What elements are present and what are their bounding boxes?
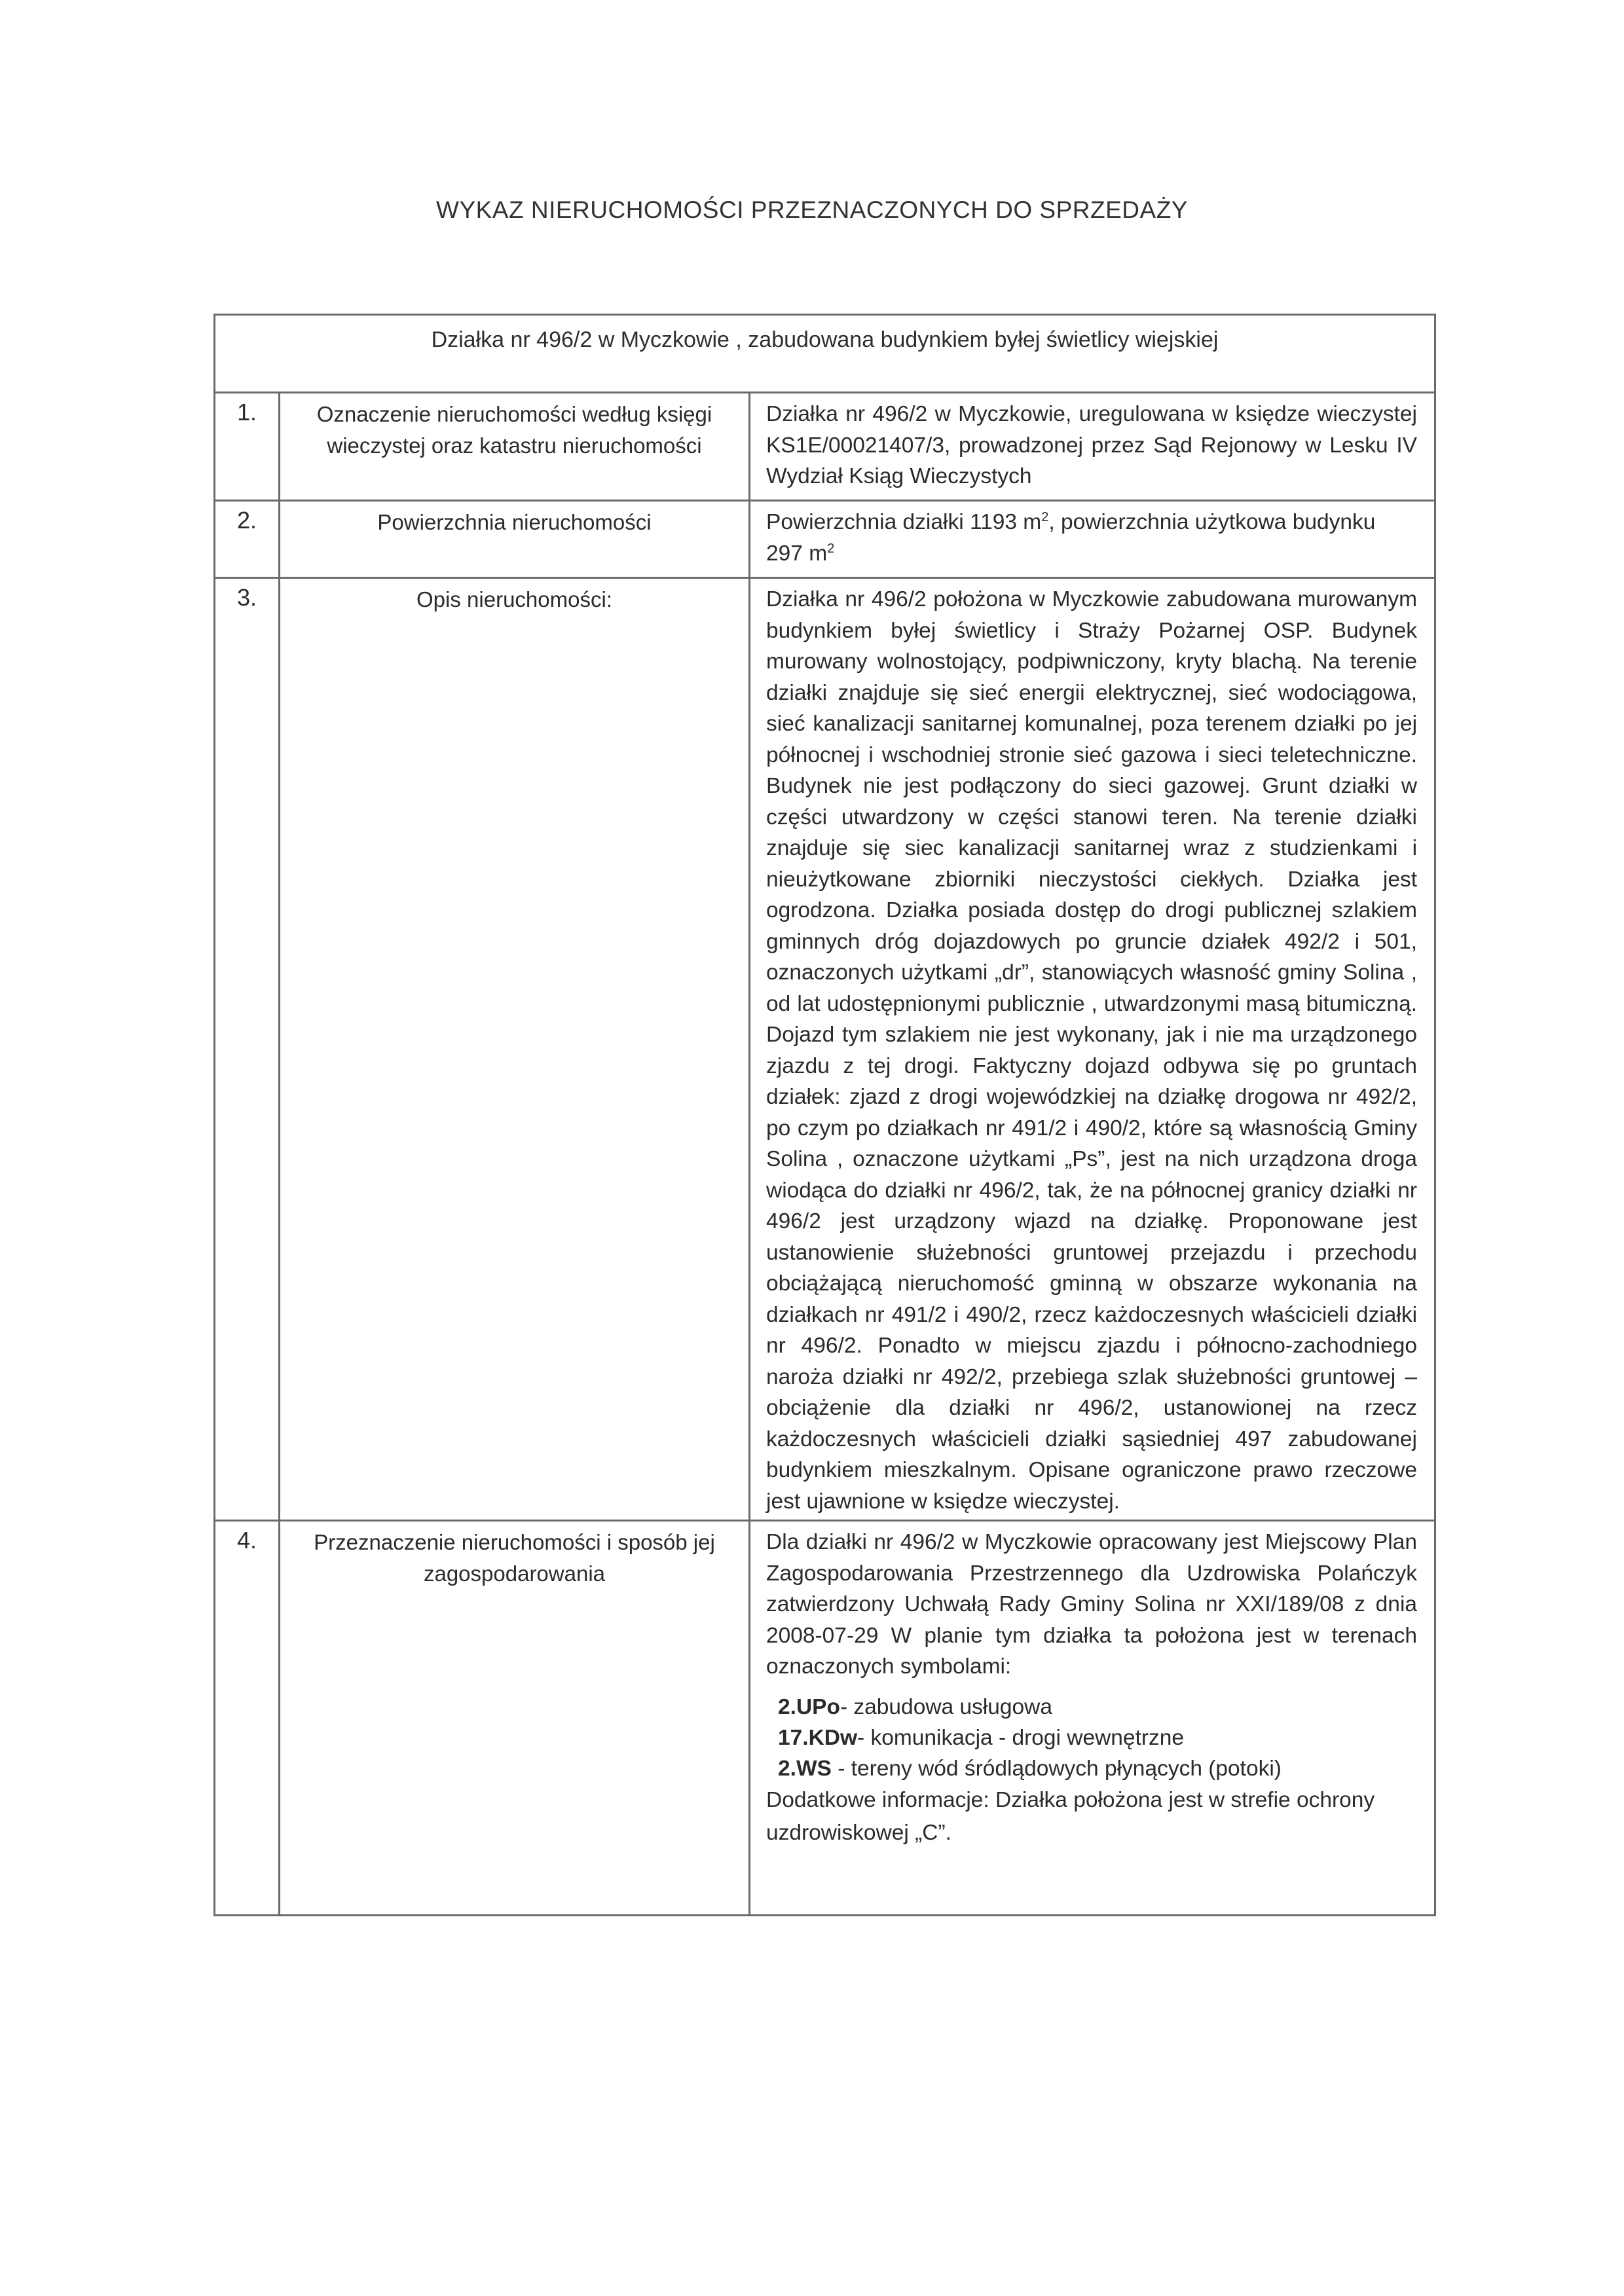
table-row: 3. Opis nieruchomości: Działka nr 496/2 …	[215, 578, 1435, 1521]
row-number: 1.	[215, 393, 280, 501]
row-number: 3.	[215, 578, 280, 1521]
zoning-symbol-item: 2.UPo- zabudowa usługowa	[778, 1692, 1417, 1722]
row-label: Oznaczenie nieruchomości według księgi w…	[280, 393, 750, 501]
plot-area-text: Powierzchnia działki 1193 m	[766, 510, 1041, 534]
row-label: Powierzchnia nieruchomości	[280, 501, 750, 578]
table-row: 4. Przeznaczenie nieruchomości i sposób …	[215, 1521, 1435, 1916]
zoning-plan-text: Dla działki nr 496/2 w Myczkowie opracow…	[766, 1527, 1417, 1683]
row-number: 2.	[215, 501, 280, 578]
row-value: Działka nr 496/2 położona w Myczkowie za…	[750, 578, 1435, 1521]
additional-info: Dodatkowe informacje: Działka położona j…	[766, 1784, 1417, 1850]
zoning-symbol-desc: - tereny wód śródlądowych płynących (pot…	[832, 1757, 1282, 1781]
row-label: Przeznaczenie nieruchomości i sposób jej…	[280, 1521, 750, 1916]
plot-area-unit-exponent: 2	[1041, 510, 1048, 524]
zoning-symbol-desc: - komunikacja - drogi wewnętrzne	[857, 1726, 1184, 1750]
zoning-symbol-desc: - zabudowa usługowa	[840, 1695, 1052, 1719]
row-value: Powierzchnia działki 1193 m2, powierzchn…	[750, 501, 1435, 578]
table-header: Działka nr 496/2 w Myczkowie , zabudowan…	[215, 315, 1435, 393]
row-number: 4.	[215, 1521, 280, 1916]
table-header-row: Działka nr 496/2 w Myczkowie , zabudowan…	[215, 315, 1435, 393]
building-area-unit-exponent: 2	[827, 541, 834, 555]
zoning-symbol-code: 2.WS	[778, 1757, 832, 1781]
zoning-symbol-code: 17.KDw	[778, 1726, 857, 1750]
table-row: 2. Powierzchnia nieruchomości Powierzchn…	[215, 501, 1435, 578]
zoning-symbols-list: 2.UPo- zabudowa usługowa 17.KDw- komunik…	[778, 1692, 1417, 1784]
zoning-symbol-code: 2.UPo	[778, 1695, 840, 1719]
zoning-symbol-item: 2.WS - tereny wód śródlądowych płynących…	[778, 1753, 1417, 1784]
table-row: 1. Oznaczenie nieruchomości według księg…	[215, 393, 1435, 501]
property-table: Działka nr 496/2 w Myczkowie , zabudowan…	[213, 314, 1436, 1916]
row-value: Działka nr 496/2 w Myczkowie, uregulowan…	[750, 393, 1435, 501]
zoning-symbol-item: 17.KDw- komunikacja - drogi wewnętrzne	[778, 1722, 1417, 1753]
row-value: Dla działki nr 496/2 w Myczkowie opracow…	[750, 1521, 1435, 1916]
row-label: Opis nieruchomości:	[280, 578, 750, 1521]
document-title: WYKAZ NIERUCHOMOŚCI PRZEZNACZONYCH DO SP…	[0, 196, 1624, 224]
